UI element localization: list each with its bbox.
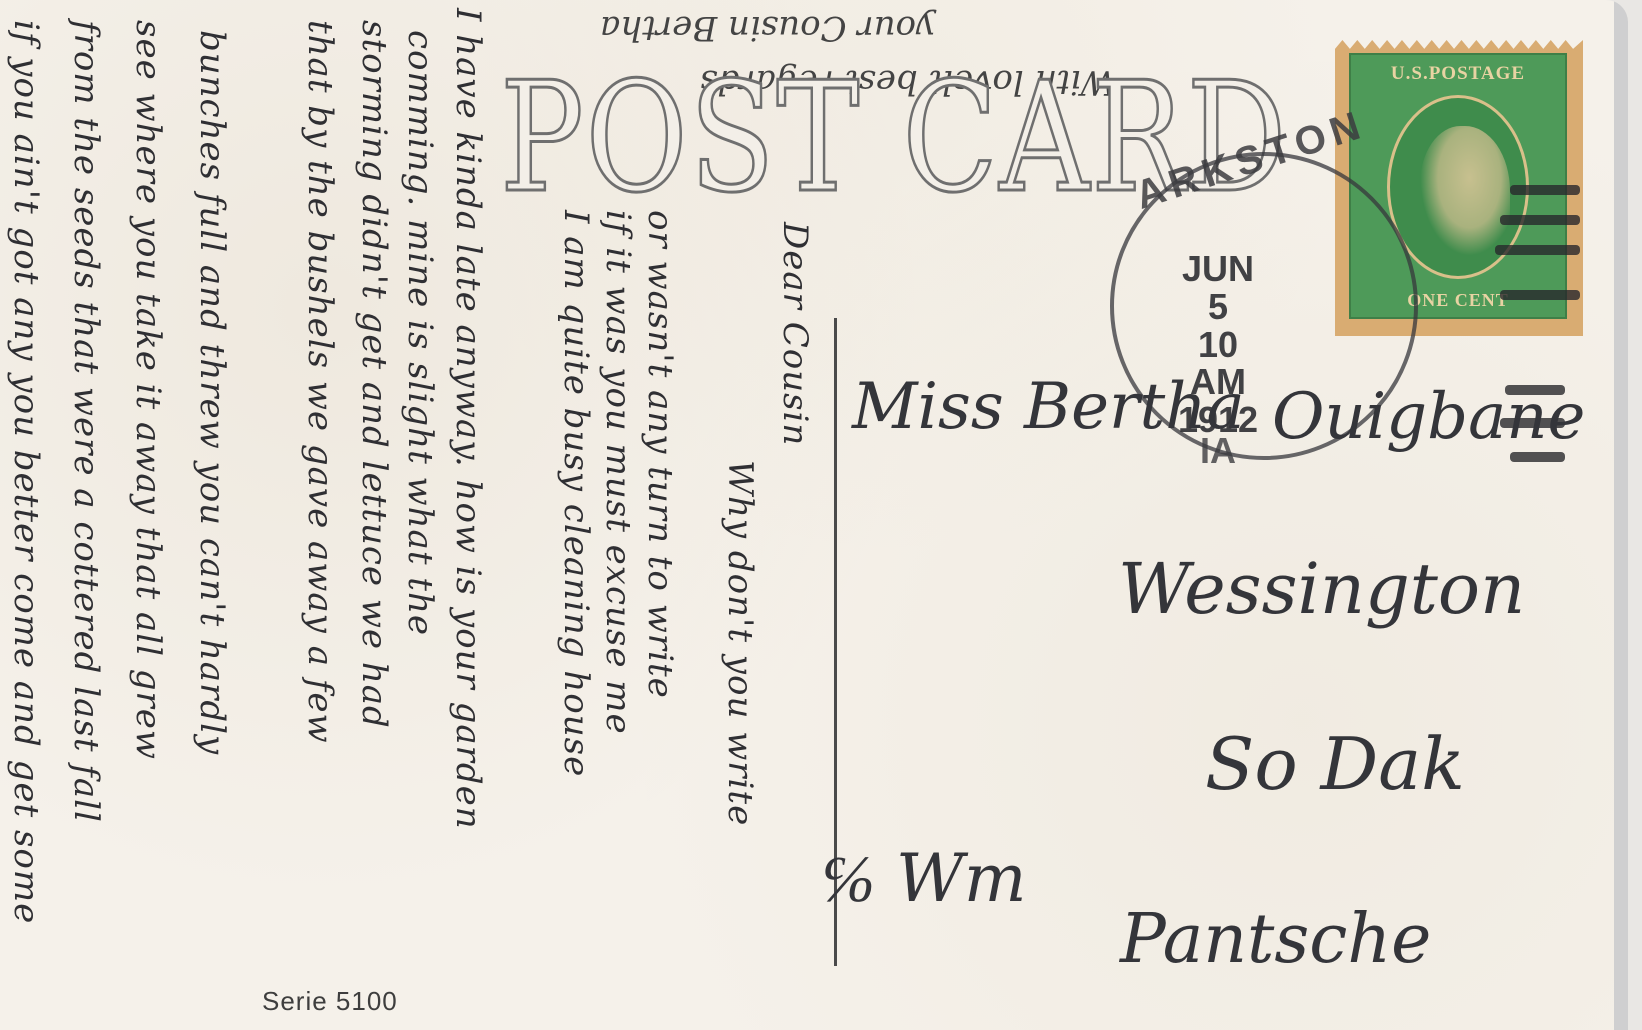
- message-line: bunches full and threw you can't hardly: [192, 30, 232, 755]
- message-line: if it was you must excuse me: [598, 210, 638, 735]
- stamp-top-text: U.S.POSTAGE: [1351, 63, 1565, 85]
- message-line: storming didn't get and lettuce we had: [354, 20, 394, 729]
- cancel-bar: [1495, 245, 1580, 255]
- address-name: Miss Bertha: [852, 370, 1245, 444]
- address-town: Wessington: [1118, 548, 1525, 630]
- address-surname: Ouigbane: [1272, 380, 1585, 454]
- top-note-line-2: your Cousin Bertha: [600, 8, 935, 48]
- cancel-bar: [1500, 215, 1580, 225]
- postmark-day: 5: [1168, 288, 1268, 326]
- message-line: from the seeds that were a cottered last…: [66, 20, 106, 823]
- message-line: Why don't you write: [720, 460, 760, 826]
- address-state: So Dak: [1205, 722, 1465, 806]
- message-line: if you ain't got any you better come and…: [6, 20, 46, 924]
- message-line: see where you take it away that all grew: [128, 20, 168, 760]
- message-line: comming. mine is slight what the: [400, 30, 440, 636]
- portrait-icon: [1420, 126, 1510, 256]
- cancel-bar: [1510, 185, 1580, 195]
- cancel-bar: [1500, 290, 1580, 300]
- card-edge: [1614, 0, 1628, 1030]
- series-label: Serie 5100: [262, 986, 398, 1017]
- message-line: I have kinda late anyway. how is your ga…: [448, 8, 488, 830]
- message-line: that by the bushels we gave away a few: [300, 20, 340, 744]
- address-care-of: ℅ Wm: [820, 840, 1026, 918]
- message-salutation: Dear Cousin: [775, 222, 815, 446]
- postmark-month: JUN: [1168, 250, 1268, 288]
- message-line: I am quite busy cleaning house: [556, 210, 596, 777]
- message-line: or wasn't any turn to write: [640, 210, 680, 699]
- address-care-of-name: Pantsche: [1120, 900, 1431, 979]
- postcard-back: your Cousin Bertha With lovelt best rega…: [0, 0, 1628, 1030]
